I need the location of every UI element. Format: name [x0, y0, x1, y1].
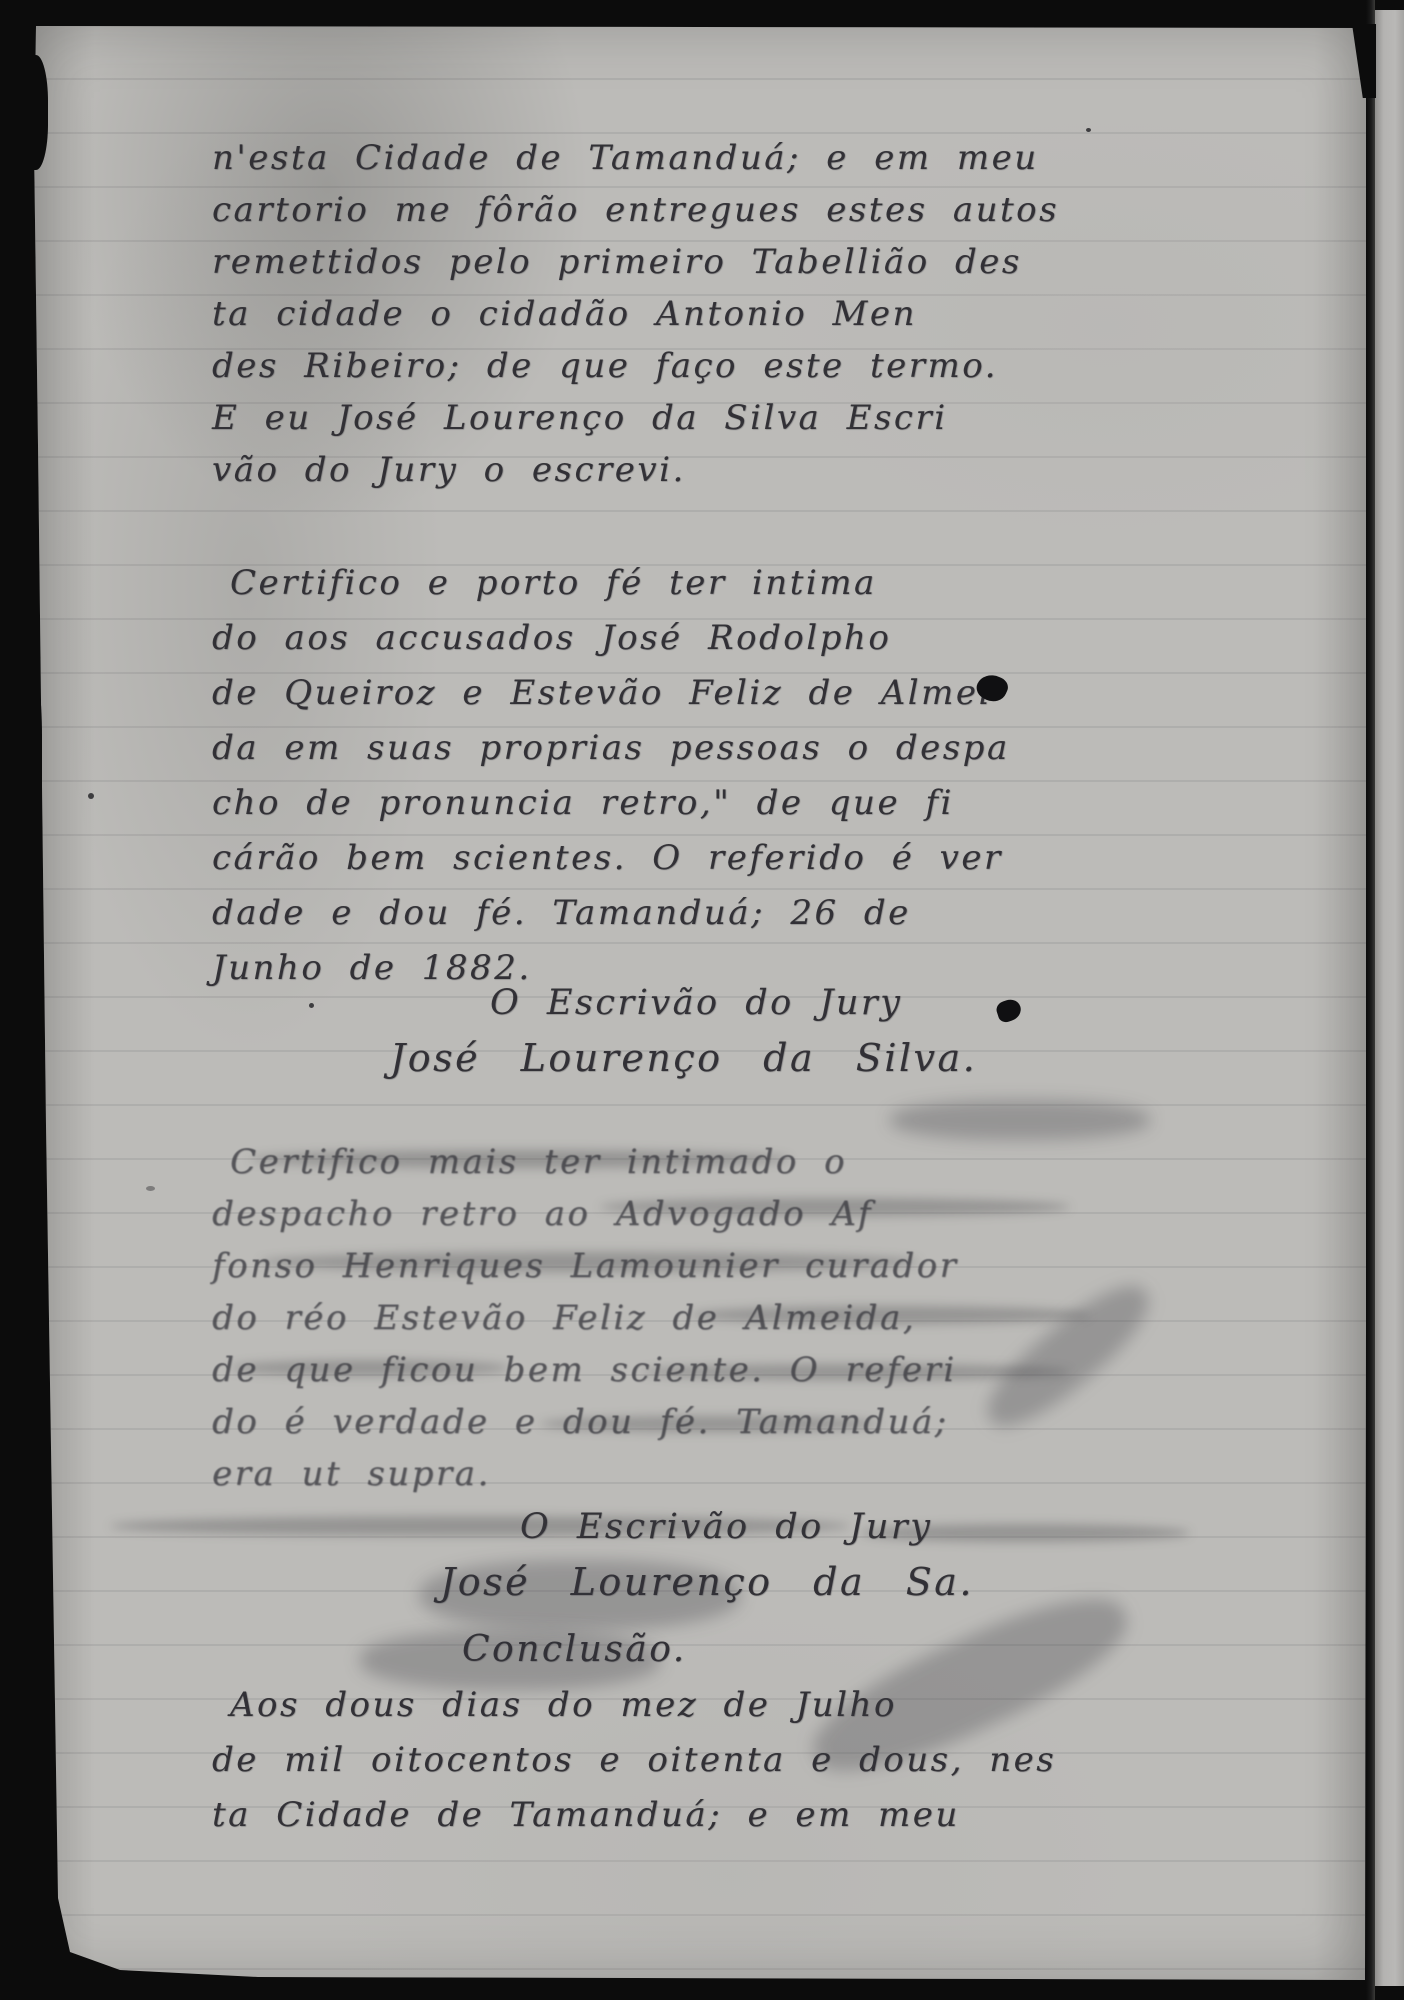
ghost-flourish: [360, 1630, 660, 1690]
manuscript-line: vão do Jury o escrevi.: [212, 444, 1222, 496]
ghost-stroke: [890, 1100, 1150, 1140]
page-gutter-seam: [1366, 0, 1375, 2000]
ink-smudge: [250, 1150, 790, 1168]
manuscript-line: da em suas proprias pessoas o despa: [212, 721, 1222, 776]
ink-smudge: [860, 1524, 1190, 1542]
gutter-notch: [1375, 0, 1404, 10]
scan-background: n'esta Cidade de Tamanduá; e em meu cart…: [0, 0, 1404, 2000]
frame-edge-shadow: [18, 55, 48, 170]
paragraph-termo-de-recebimento: n'esta Cidade de Tamanduá; e em meu cart…: [212, 132, 1222, 496]
manuscript-line: era ut supra.: [212, 1448, 1222, 1500]
manuscript-line: Certifico e porto fé ter intima: [230, 556, 1222, 611]
manuscript-line: ta Cidade de Tamanduá; e em meu: [212, 1788, 1222, 1843]
ink-speck: [88, 793, 94, 799]
ink-speck: [1086, 128, 1091, 132]
signature-role: O Escrivão do Jury: [490, 976, 1222, 1031]
manuscript-line: Aos dous dias do mez de Julho: [230, 1678, 1222, 1733]
ink-smudge: [600, 1198, 1070, 1216]
paragraph-conclusao: Aos dous dias do mez de Julho de mil oit…: [212, 1678, 1222, 1843]
manuscript-line: cárão bem scientes. O referido é ver: [212, 831, 1222, 886]
manuscript-line: de mil oitocentos e oitenta e dous, nes: [212, 1733, 1222, 1788]
ink-speck: [309, 1003, 314, 1008]
manuscript-line: cartorio me fôrão entregues estes autos: [212, 184, 1222, 236]
ink-smudge: [540, 1416, 880, 1432]
paragraph-certidao-accusados: Certifico e porto fé ter intima do aos a…: [212, 556, 1222, 996]
adjacent-page-edge: [1375, 10, 1404, 1986]
manuscript-line: E eu José Lourenço da Silva Escri: [212, 392, 1222, 444]
manuscript-line: cho de pronuncia retro," de que fi: [212, 776, 1222, 831]
ink-smudge: [260, 1252, 920, 1272]
manuscript-line: dade e dou fé. Tamanduá; 26 de: [212, 886, 1222, 941]
ink-smudge: [690, 1306, 1090, 1324]
signature-name: José Lourenço da Silva.: [390, 1031, 1222, 1086]
frame-edge-shadow: [14, 660, 42, 850]
ghost-signature: [420, 1560, 740, 1630]
manuscript-line: n'esta Cidade de Tamanduá; e em meu: [212, 132, 1222, 184]
page-sheet: n'esta Cidade de Tamanduá; e em meu cart…: [28, 26, 1368, 1980]
ink-speck: [146, 1186, 155, 1191]
ink-smudge: [230, 1360, 510, 1376]
manuscript-line: remettidos pelo primeiro Tabellião des: [212, 236, 1222, 288]
manuscript-line: do aos accusados José Rodolpho: [212, 611, 1222, 666]
ink-smudge: [110, 1516, 850, 1536]
manuscript-line: de Queiroz e Estevão Feliz de Almei: [212, 666, 1222, 721]
manuscript-line: ta cidade o cidadão Antonio Men: [212, 288, 1222, 340]
manuscript-line: des Ribeiro; de que faço este termo.: [212, 340, 1222, 392]
